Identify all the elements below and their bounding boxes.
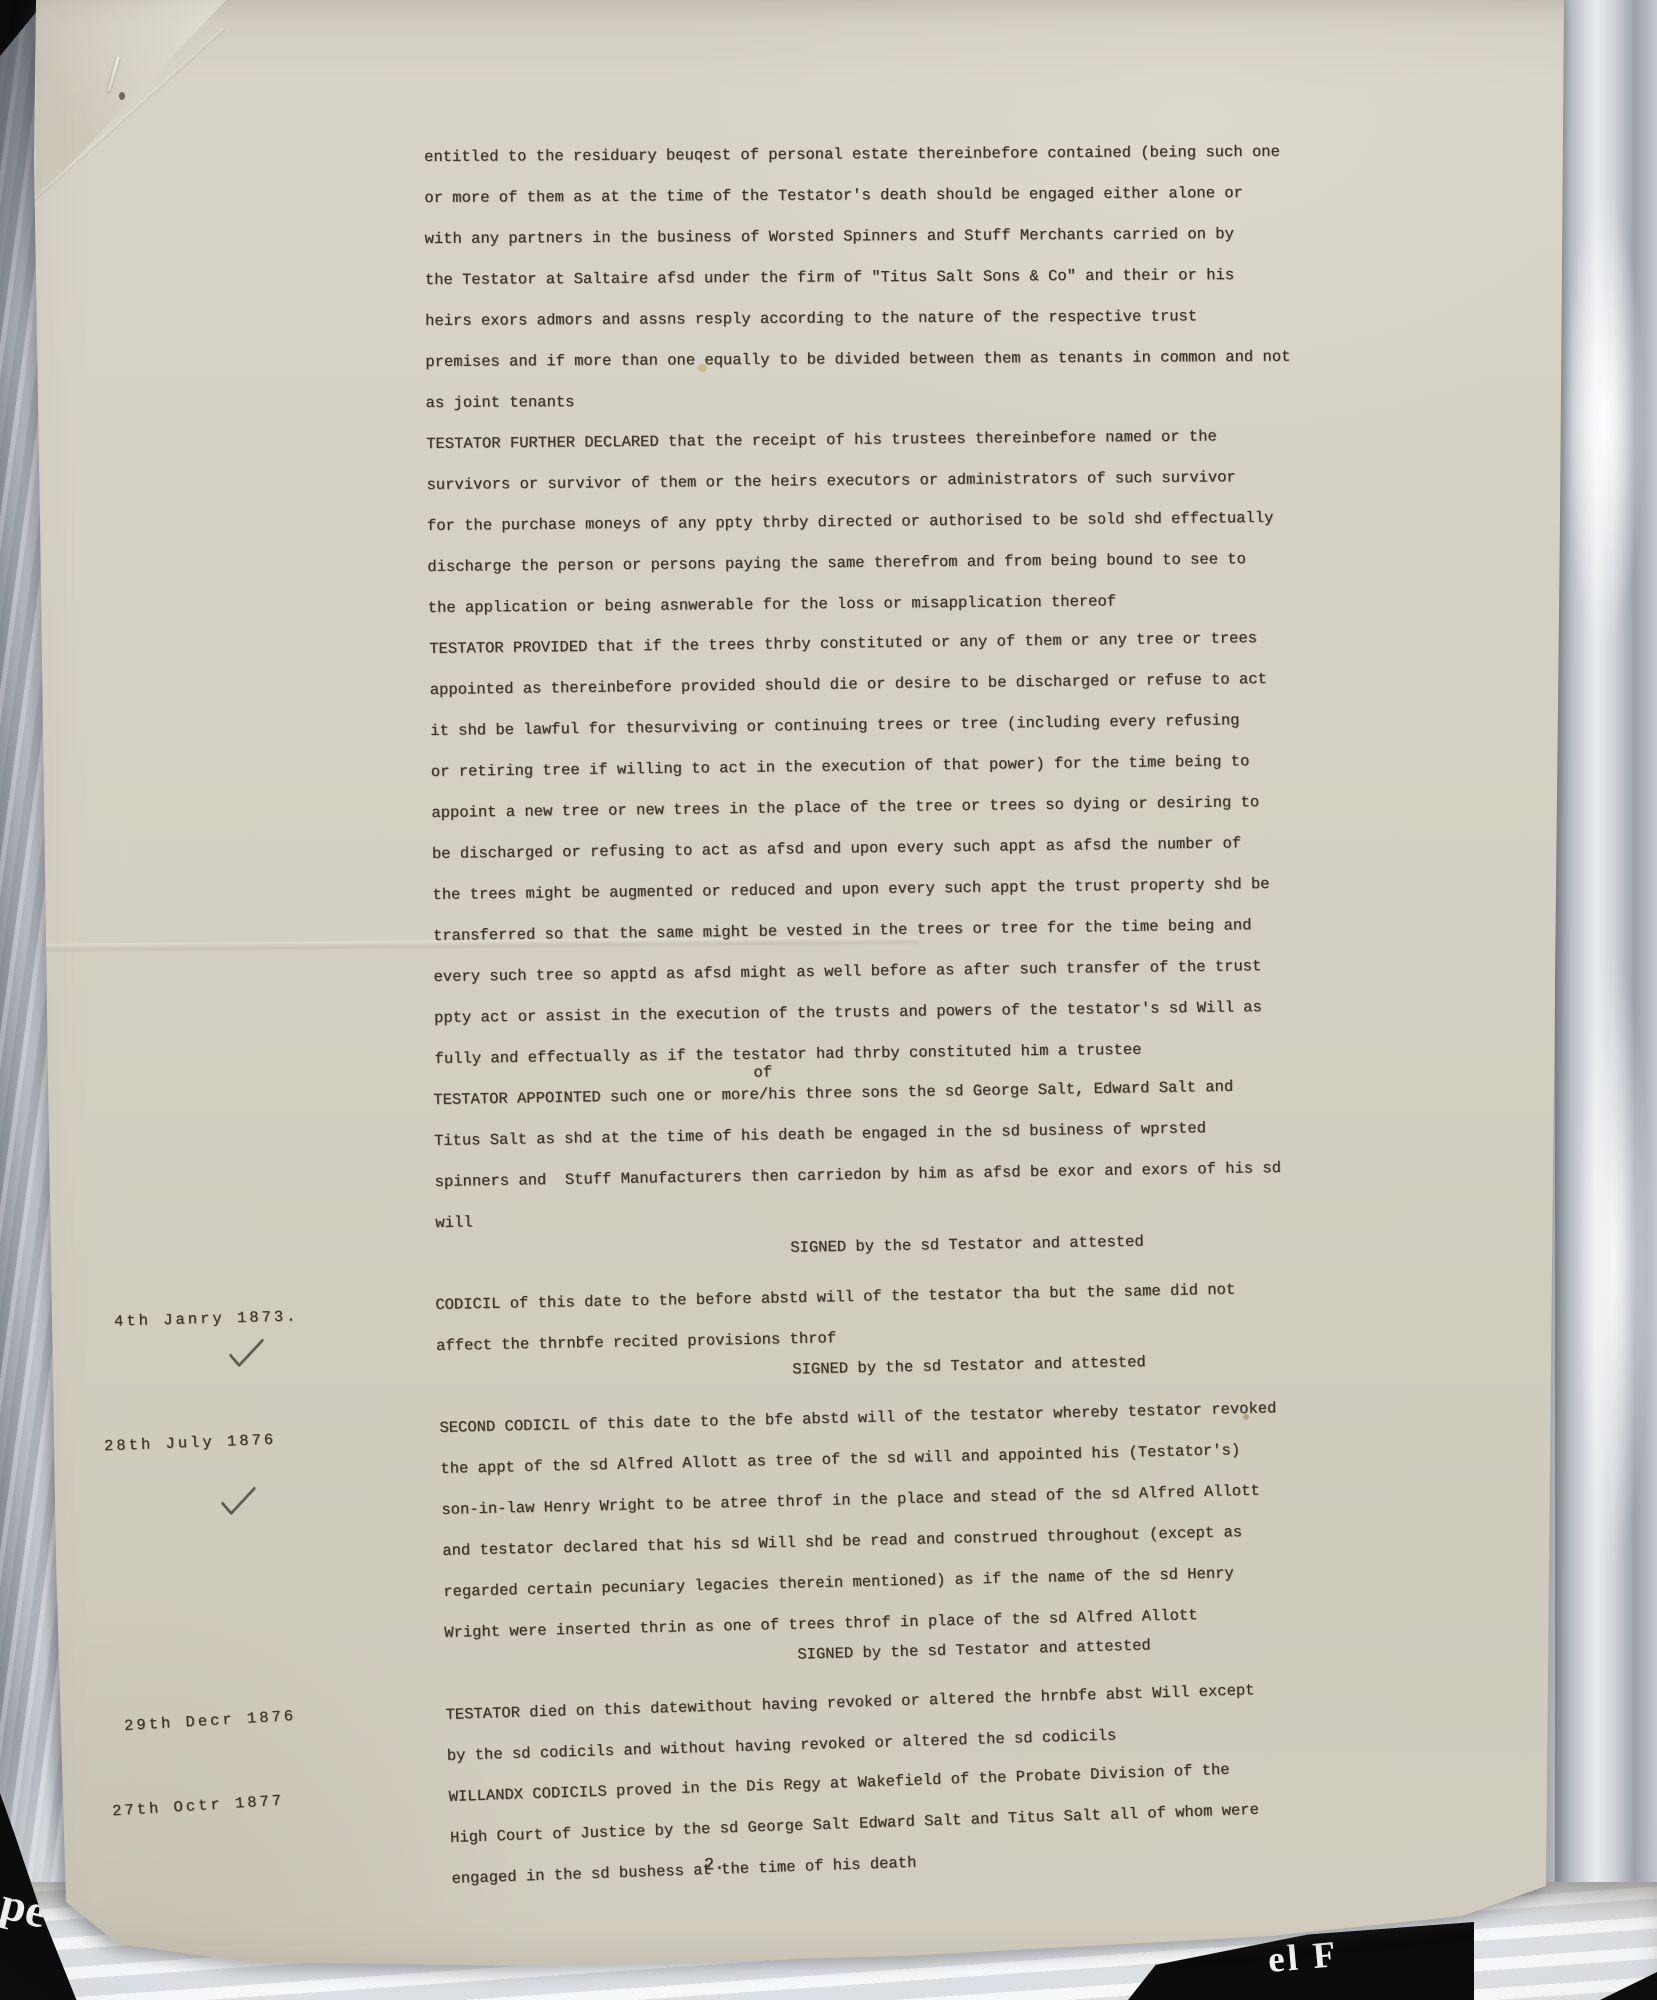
paragraph: entitled to the residuary beuqest of per… <box>424 131 1341 424</box>
paragraph: TESTATOR PROVIDED that if the trees thrb… <box>429 617 1350 1080</box>
text-line: discharge the person or persons paying t… <box>427 538 1342 588</box>
margin-date: 27th Octr 1877 <box>112 1792 285 1821</box>
margin-date: 28th July 1876 <box>104 1431 277 1456</box>
paragraph: TESTATOR FURTHER DECLARED that the recei… <box>426 415 1343 629</box>
text-line: entitled to the residuary beuqest of per… <box>424 131 1339 178</box>
interlined-word: of <box>753 1052 772 1093</box>
photographed-document-page: pe el F 4th Janry 1873.28th July 187629t… <box>0 0 1657 2000</box>
document-page-2: 4th Janry 1873.28th July 187629th Decr 1… <box>0 0 1657 2000</box>
pin-hole <box>119 92 125 100</box>
margin-date: 4th Janry 1873. <box>114 1307 299 1330</box>
checkmark-icon <box>221 1476 257 1515</box>
text-line: heirs exors admors and assns resply acco… <box>425 295 1340 342</box>
typewritten-text-body: entitled to the residuary beuqest of per… <box>424 137 1339 1900</box>
page-number: 2. <box>704 1856 725 1876</box>
margin-date: 29th Decr 1876 <box>124 1707 297 1735</box>
text-line: or more of them as at the time of the Te… <box>424 172 1339 219</box>
paper-shadow-wrap: 4th Janry 1873.28th July 187629th Decr 1… <box>0 0 1657 2000</box>
paragraph: TESTATOR APPOINTED such one or moreof/hi… <box>433 1065 1351 1244</box>
paragraph: SECOND CODICIL of this date to the bfe a… <box>439 1386 1360 1653</box>
checkmark-icon <box>229 1328 265 1367</box>
text-line: the Testator at Saltaire afsd under the … <box>425 254 1340 301</box>
text-line: premises and if more than one equally to… <box>425 336 1340 383</box>
text-line: with any partners in the business of Wor… <box>425 213 1340 260</box>
